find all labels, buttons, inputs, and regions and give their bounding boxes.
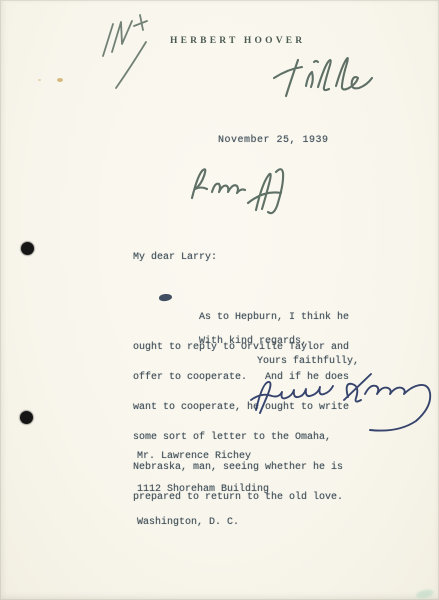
closing-faithfully: Yours faithfully, xyxy=(257,357,359,367)
recipient-name: Mr. Lawrence Richey xyxy=(137,451,269,462)
hole-punch-bottom xyxy=(20,411,33,424)
file-annotation xyxy=(270,50,378,108)
hoover-signature xyxy=(248,372,436,440)
body-line: As to Hepburn, I think he xyxy=(133,313,349,323)
paper-smudge xyxy=(415,588,434,600)
pencil-notation xyxy=(88,12,160,90)
paper-speck-small xyxy=(38,79,41,81)
recipient-address: Mr. Lawrence Richey 1112 Shoreham Buildi… xyxy=(137,429,269,550)
letterhead-name: HERBERT HOOVER xyxy=(170,36,305,46)
letter-paper: HERBERT HOOVER November 25, 1939 My dear… xyxy=(0,0,439,600)
date-line: November 25, 1939 xyxy=(218,136,329,146)
salutation: My dear Larry: xyxy=(133,253,349,263)
phoned-annotation xyxy=(182,162,298,216)
recipient-address-2: Washington, D. C. xyxy=(137,517,269,528)
paper-speck xyxy=(57,78,63,82)
hole-punch-top xyxy=(21,242,34,255)
recipient-address-1: 1112 Shoreham Building xyxy=(137,484,269,495)
closing-regards: With kind regards, xyxy=(199,337,307,347)
